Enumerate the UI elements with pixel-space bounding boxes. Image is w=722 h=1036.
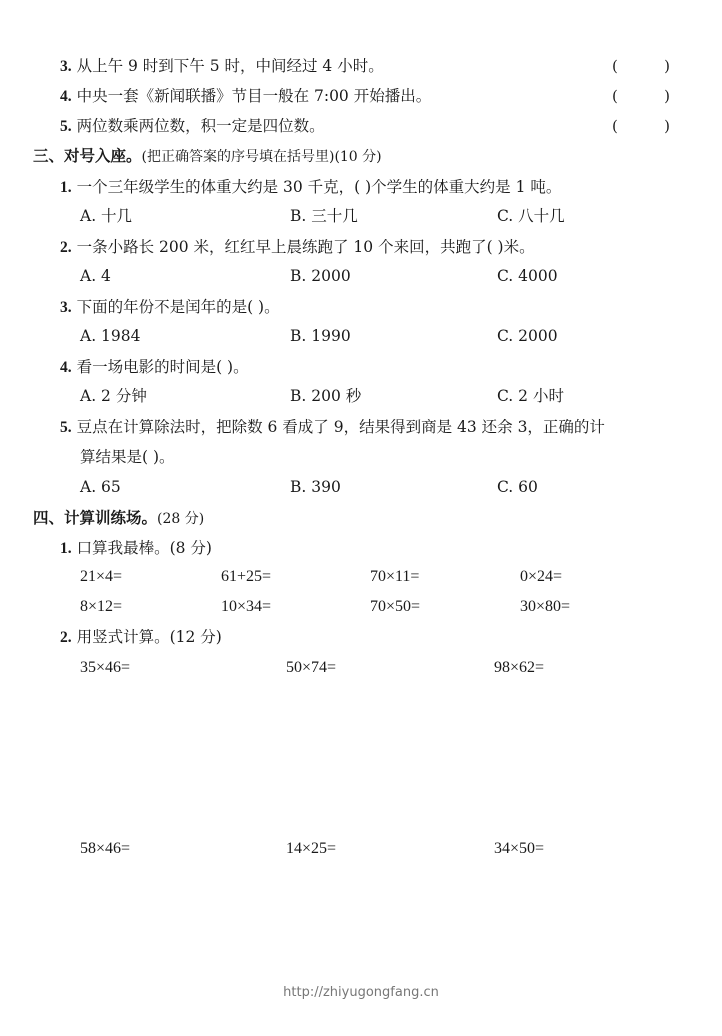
option-a[interactable]: A. 65 — [80, 477, 121, 497]
section-4-heading: 四、计算训练场。(28 分) — [33, 508, 204, 529]
item-number: 5. — [60, 118, 72, 135]
oral-calc-item: 0×24= — [520, 567, 562, 587]
section-title: 三、对号入座。 — [33, 147, 142, 165]
footer-url: http://zhiyugongfang.cn — [0, 985, 722, 1000]
question-text-continued: 算结果是( )。 — [80, 447, 175, 467]
option-b[interactable]: B. 1990 — [290, 326, 351, 346]
answer-blank[interactable]: () — [612, 116, 670, 136]
calc-part-2-heading: 2. 用竖式计算。(12 分) — [60, 627, 222, 648]
item-number: 3. — [60, 58, 72, 75]
answer-blank[interactable]: () — [612, 56, 670, 76]
vertical-calc-item: 98×62= — [494, 658, 544, 678]
oral-calc-item: 21×4= — [80, 567, 122, 587]
question-number: 1. — [60, 179, 72, 196]
vertical-calc-item: 34×50= — [494, 839, 544, 859]
judgement-item-3: 3. 从上午 9 时到下午 5 时，中间经过 4 小时。 — [60, 56, 384, 77]
question-number: 4. — [60, 359, 72, 376]
question-number: 2. — [60, 239, 72, 256]
option-a[interactable]: A. 十几 — [80, 206, 132, 226]
option-c[interactable]: C. 4000 — [497, 266, 558, 286]
mc-question-3: 3. 下面的年份不是闰年的是( )。 — [60, 297, 280, 318]
oral-calc-item: 8×12= — [80, 597, 122, 617]
vertical-calc-item: 35×46= — [80, 658, 130, 678]
option-a[interactable]: A. 4 — [80, 266, 111, 286]
item-number: 4. — [60, 88, 72, 105]
calc-part-1-heading: 1. 口算我最棒。(8 分) — [60, 538, 212, 559]
judgement-item-5: 5. 两位数乘两位数，积一定是四位数。 — [60, 116, 325, 137]
question-number: 5. — [60, 419, 72, 436]
mc-question-1: 1. 一个三年级学生的体重大约是 30 千克，( )个学生的体重大约是 1 吨。 — [60, 177, 561, 198]
item-text: 中央一套《新闻联播》节目一般在 7:00 开始播出。 — [77, 87, 432, 105]
question-number: 3. — [60, 299, 72, 316]
question-text: 一条小路长 200 米，红红早上晨练跑了 10 个来回，共跑了( )米。 — [77, 238, 535, 256]
section-note: (把正确答案的序号填在括号里)(10 分) — [142, 149, 382, 165]
option-b[interactable]: B. 2000 — [290, 266, 351, 286]
option-c[interactable]: C. 八十几 — [497, 206, 565, 226]
item-text: 两位数乘两位数，积一定是四位数。 — [77, 117, 325, 135]
question-text: 下面的年份不是闰年的是( )。 — [77, 298, 280, 316]
option-b[interactable]: B. 200 秒 — [290, 386, 361, 406]
option-c[interactable]: C. 2000 — [497, 326, 558, 346]
part-title: 用竖式计算。(12 分) — [77, 628, 222, 646]
oral-calc-item: 10×34= — [221, 597, 271, 617]
part-number: 1. — [60, 540, 72, 557]
vertical-calc-item: 58×46= — [80, 839, 130, 859]
mc-question-2: 2. 一条小路长 200 米，红红早上晨练跑了 10 个来回，共跑了( )米。 — [60, 237, 535, 258]
option-b[interactable]: B. 三十几 — [290, 206, 358, 226]
option-c[interactable]: C. 2 小时 — [497, 386, 564, 406]
part-number: 2. — [60, 629, 72, 646]
vertical-calc-item: 14×25= — [286, 839, 336, 859]
oral-calc-item: 61+25= — [221, 567, 271, 587]
question-text: 看一场电影的时间是( )。 — [77, 358, 249, 376]
item-text: 从上午 9 时到下午 5 时，中间经过 4 小时。 — [77, 57, 384, 75]
section-title: 四、计算训练场。 — [33, 509, 157, 527]
oral-calc-item: 70×50= — [370, 597, 420, 617]
judgement-item-4: 4. 中央一套《新闻联播》节目一般在 7:00 开始播出。 — [60, 86, 431, 107]
part-title: 口算我最棒。(8 分) — [77, 539, 212, 557]
section-note: (28 分) — [157, 511, 204, 527]
section-3-heading: 三、对号入座。(把正确答案的序号填在括号里)(10 分) — [33, 146, 382, 167]
question-text: 豆点在计算除法时，把除数 6 看成了 9，结果得到商是 43 还余 3，正确的计 — [77, 418, 605, 436]
option-a[interactable]: A. 2 分钟 — [80, 386, 147, 406]
oral-calc-item: 70×11= — [370, 567, 419, 587]
mc-question-4: 4. 看一场电影的时间是( )。 — [60, 357, 249, 378]
vertical-calc-item: 50×74= — [286, 658, 336, 678]
option-c[interactable]: C. 60 — [497, 477, 538, 497]
option-b[interactable]: B. 390 — [290, 477, 341, 497]
question-text: 一个三年级学生的体重大约是 30 千克，( )个学生的体重大约是 1 吨。 — [77, 178, 562, 196]
answer-blank[interactable]: () — [612, 86, 670, 106]
mc-question-5: 5. 豆点在计算除法时，把除数 6 看成了 9，结果得到商是 43 还余 3，正… — [60, 417, 605, 438]
option-a[interactable]: A. 1984 — [80, 326, 141, 346]
oral-calc-item: 30×80= — [520, 597, 570, 617]
